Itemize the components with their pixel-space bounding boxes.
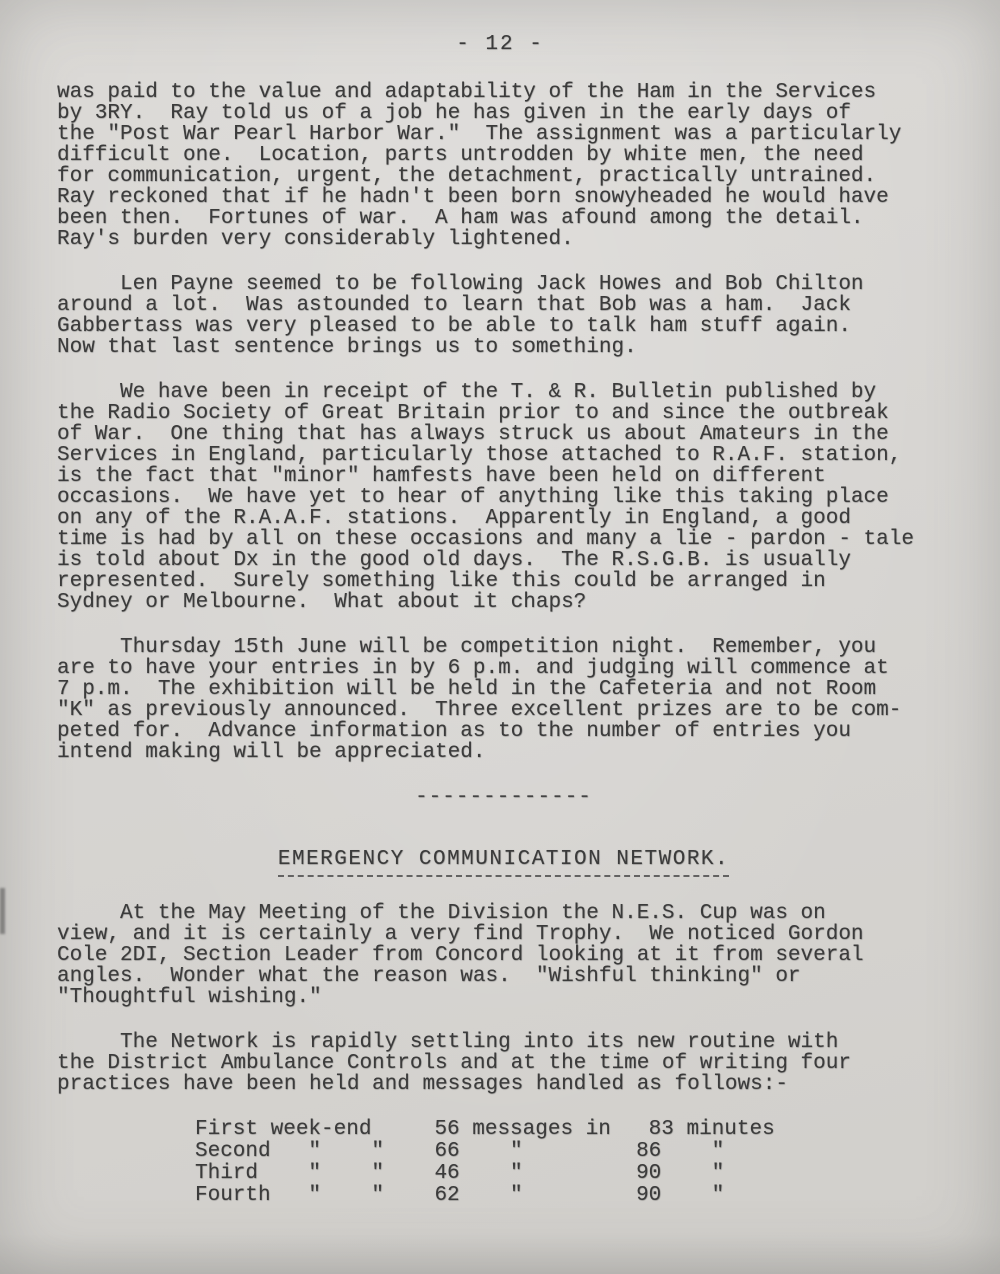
paragraph-len-payne: Len Payne seemed to be following Jack Ho… [57, 274, 950, 358]
section-heading-wrap: EMERGENCY COMMUNICATION NETWORK. [57, 848, 950, 877]
typed-divider: ------------- [57, 787, 950, 808]
scan-shading [0, 1234, 1000, 1274]
network-practice-table: First week-end 56 messages in 83 minutes… [195, 1119, 950, 1207]
paragraph-tr-bulletin: We have been in receipt of the T. & R. B… [57, 382, 950, 613]
scan-artifact [0, 888, 5, 934]
paragraph-network-routine: The Network is rapidly settling into its… [57, 1032, 950, 1095]
section-heading: EMERGENCY COMMUNICATION NETWORK. [278, 848, 729, 877]
page-number: - 12 - [0, 34, 1000, 55]
paragraph-nes-cup: At the May Meeting of the Division the N… [57, 903, 950, 1008]
document-body: was paid to the value and adaptability o… [57, 82, 950, 1207]
document-page: - 12 - was paid to the value and adaptab… [0, 0, 1000, 1274]
paragraph-competition-night: Thursday 15th June will be competition n… [57, 637, 950, 763]
paragraph-services-ham: was paid to the value and adaptability o… [57, 82, 950, 250]
